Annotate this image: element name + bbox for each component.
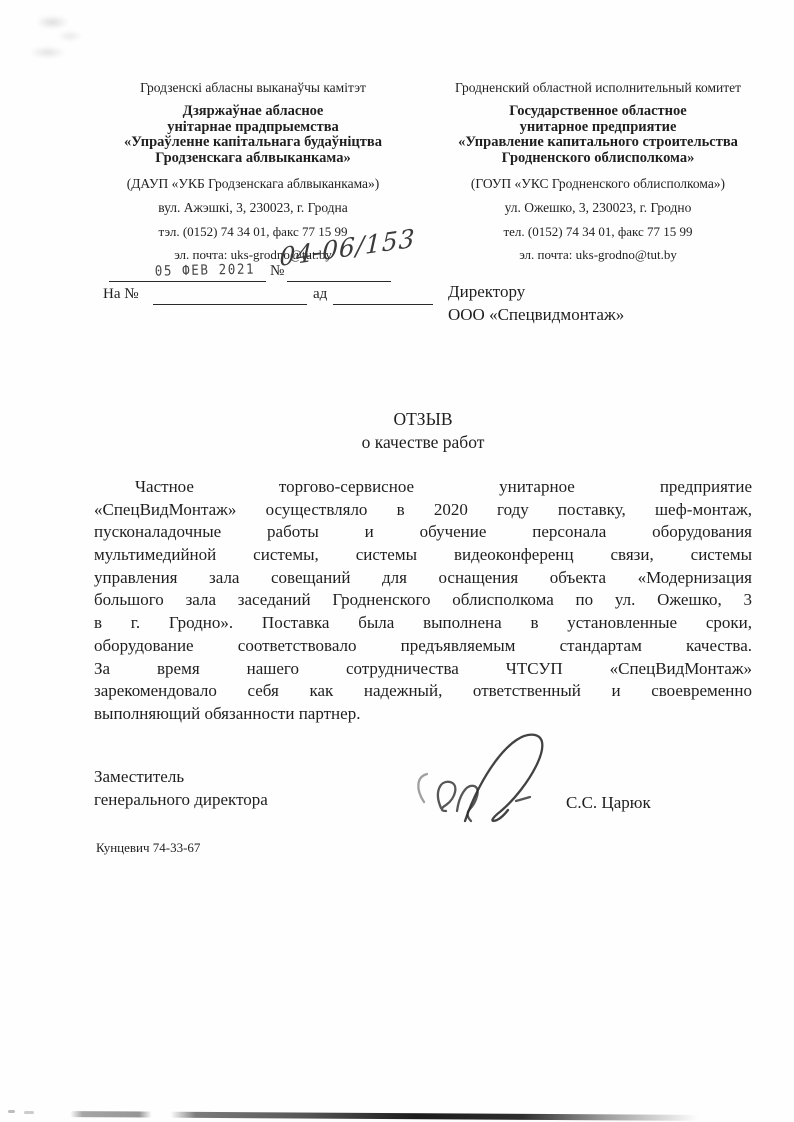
- body-line: мультимедийной системы, системы видеокон…: [94, 544, 752, 567]
- body-line: За время нашего сотрудничества ЧТСУП «Сп…: [94, 658, 752, 681]
- org-name-by-line3: «Упраўленне капітальнага будаўніцтва: [92, 135, 414, 151]
- body-line: Частное торгово-сервисное унитарное пред…: [94, 476, 752, 499]
- date-stamp: 05 ФЕВ 2021: [155, 260, 256, 279]
- body-line: зарекомендовало себя как надежный, ответ…: [94, 680, 752, 703]
- reply-date-label: ад: [313, 286, 327, 303]
- body-paragraph: Частное торгово-сервисное унитарное пред…: [94, 476, 752, 726]
- signer-position-line1: Заместитель: [94, 765, 268, 788]
- body-line: пусконаладочные работы и обучение персон…: [94, 521, 752, 544]
- org-phone-ru: тел. (0152) 74 34 01, факс 77 15 99: [437, 224, 759, 240]
- org-name-by-line2: унітарнае прадпрыемства: [92, 120, 414, 136]
- scan-smudge-top-left: [22, 6, 102, 64]
- scan-streak-bottom: [70, 1111, 698, 1121]
- org-name-by: Дзяржаўнае абласное унітарнае прадпрыемс…: [92, 104, 414, 166]
- reply-label: На №: [103, 286, 139, 303]
- document-title: ОТЗЫВ о качестве работ: [94, 408, 752, 454]
- reply-number-underline: [153, 284, 307, 305]
- body-line: выполняющий обязанности партнер.: [94, 703, 752, 726]
- signer-name: С.С. Царюк: [566, 793, 651, 813]
- executor-contact: Кунцевич 74-33-67: [96, 840, 200, 856]
- letterhead-right: Гродненский областной исполнительный ком…: [437, 80, 759, 263]
- committee-name-by: Гродзенскі абласны выканаўчы камітэт: [92, 80, 414, 96]
- org-email-ru: эл. почта: uks-grodno@tut.by: [437, 247, 759, 263]
- org-name-by-line1: Дзяржаўнае абласное: [92, 104, 414, 120]
- number-underline: 04-06/153: [287, 261, 391, 282]
- reference-block: 05 ФЕВ 2021 № 04-06/153 На № ад: [103, 261, 448, 307]
- recipient-block: Директору ООО «Спецвидмонтаж»: [448, 280, 624, 326]
- reference-row-date-number: 05 ФЕВ 2021 № 04-06/153: [103, 261, 448, 284]
- body-line: «СпецВидМонтаж» осуществляло в 2020 году…: [94, 499, 752, 522]
- org-name-ru-line4: Гродненского облисполкома»: [437, 151, 759, 167]
- org-name-ru-line1: Государственное областное: [437, 104, 759, 120]
- committee-name-ru: Гродненский областной исполнительный ком…: [437, 80, 759, 96]
- body-line: управления зала совещаний для оснащения …: [94, 567, 752, 590]
- reference-row-reply: На № ад: [103, 284, 448, 307]
- org-name-by-line4: Гродзенскага аблвыканкама»: [92, 151, 414, 167]
- date-underline: 05 ФЕВ 2021: [109, 261, 266, 282]
- org-name-ru-line2: унитарное предприятие: [437, 120, 759, 136]
- scanned-letter-page: Гродзенскі абласны выканаўчы камітэт Дзя…: [0, 0, 794, 1122]
- body-line: в г. Гродно». Поставка была выполнена в …: [94, 612, 752, 635]
- org-address-by: вул. Ажэшкі, 3, 230023, г. Гродна: [92, 200, 414, 216]
- body-line: большого зала заседаний Гродненского обл…: [94, 589, 752, 612]
- signer-position: Заместитель генерального директора: [94, 765, 268, 811]
- recipient-position: Директору: [448, 280, 624, 303]
- body-line: оборудование соответствовало предъявляем…: [94, 635, 752, 658]
- scan-speck: [8, 1110, 15, 1113]
- org-address-ru: ул. Ожешко, 3, 230023, г. Гродно: [437, 200, 759, 216]
- reply-date-underline: [333, 284, 433, 305]
- document-title-line1: ОТЗЫВ: [94, 408, 752, 431]
- org-short-name-ru: (ГОУП «УКС Гродненского облисполкома»): [437, 176, 759, 192]
- recipient-company: ООО «Спецвидмонтаж»: [448, 303, 624, 326]
- org-name-ru: Государственное областное унитарное пред…: [437, 104, 759, 166]
- scan-speck: [24, 1111, 34, 1114]
- signer-position-line2: генерального директора: [94, 788, 268, 811]
- handwritten-signature: [410, 724, 570, 824]
- org-short-name-by: (ДАУП «УКБ Гродзенскага аблвыканкама»): [92, 176, 414, 192]
- org-name-ru-line3: «Управление капитального строительства: [437, 135, 759, 151]
- document-title-line2: о качестве работ: [94, 431, 752, 454]
